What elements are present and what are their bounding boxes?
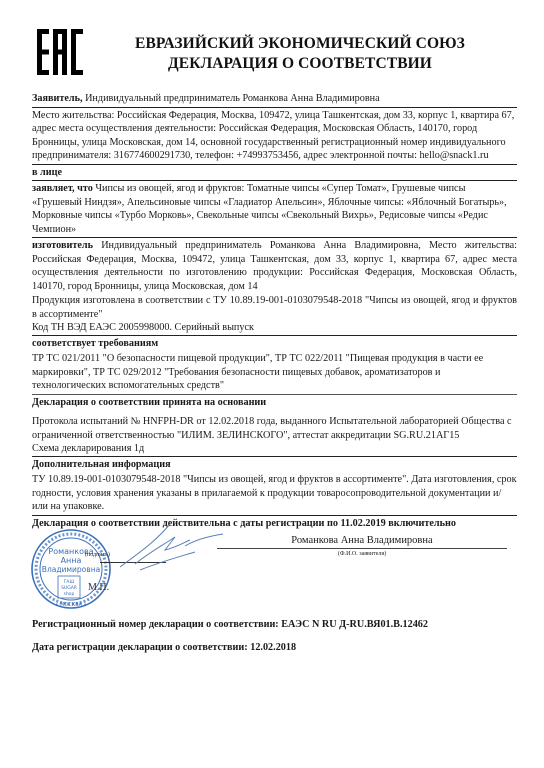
registration-number-row: Регистрационный номер декларации о соотв… xyxy=(32,619,428,630)
svg-text:• МОСКВА •: • МОСКВА • xyxy=(55,602,86,608)
applicant-label: Заявитель, xyxy=(32,93,83,104)
manufacturer-value: Индивидуальный предприниматель Романкова… xyxy=(32,240,517,292)
signature-area: Романкова Анна Владимировна ГАШ SUGAR sh… xyxy=(0,520,544,620)
eac-mark-icon xyxy=(37,29,83,75)
svg-text:ГАШ: ГАШ xyxy=(64,579,75,585)
svg-text:Владимировна: Владимировна xyxy=(42,565,100,574)
handwritten-signature-icon xyxy=(115,522,225,572)
document-header: ЕВРАЗИЙСКИЙ ЭКОНОМИЧЕСКИЙ СОЮЗ ДЕКЛАРАЦИ… xyxy=(130,34,470,74)
basis-value: Протокола испытаний № HNFPH-DR от 12.02.… xyxy=(32,410,517,442)
declares-value: Чипсы из овощей, ягод и фруктов: Томатны… xyxy=(32,183,507,235)
registration-number: ЕАЭС N RU Д-RU.ВЯ01.В.12462 xyxy=(281,619,428,630)
applicant-name-caption: (Ф.И.О. заявителя) xyxy=(217,549,507,557)
declaration-title: ДЕКЛАРАЦИЯ О СООТВЕТСТВИИ xyxy=(130,54,470,74)
signature-caption: (подпись) xyxy=(85,552,110,558)
additional-info-value: ТУ 10.89.19-001-0103079548-2018 "Чипсы и… xyxy=(32,472,517,516)
requirements-value: ТР ТС 021/2011 "О безопасности пищевой п… xyxy=(32,351,517,395)
applicant-name: Романкова Анна Владимировна xyxy=(217,535,507,549)
manufacturer-label: изготовитель xyxy=(32,240,93,251)
seal-place-label: М.П. xyxy=(88,582,109,593)
applicant-value: Индивидуальный предприниматель Романкова… xyxy=(83,93,380,104)
svg-text:SUGAR: SUGAR xyxy=(61,585,77,591)
svg-text:shop: shop xyxy=(64,591,75,597)
declaration-body: Заявитель, Индивидуальный предпринимател… xyxy=(32,91,517,531)
applicant-row: Заявитель, Индивидуальный предпринимател… xyxy=(32,91,517,108)
basis-label: Декларация о соответствии принята на осн… xyxy=(32,395,517,411)
requirements-label: соответствует требованиям xyxy=(32,336,517,352)
declares-row: заявляет, что Чипсы из овощей, ягод и фр… xyxy=(32,181,517,238)
product-code: Код ТН ВЭД ЕАЭС 2005998000. Серийный вып… xyxy=(32,321,517,336)
manufacturer-row: изготовитель Индивидуальный предпринимат… xyxy=(32,238,517,294)
registration-date: 12.02.2018 xyxy=(250,642,296,653)
round-seal-icon: Романкова Анна Владимировна ГАШ SUGAR sh… xyxy=(30,528,112,610)
registration-date-row: Дата регистрации декларации о соответств… xyxy=(32,642,296,653)
declaration-scheme: Схема декларирования 1д xyxy=(32,442,517,457)
in-person-label: в лице xyxy=(32,165,517,182)
declares-label: заявляет, что xyxy=(32,183,93,194)
svg-text:Анна: Анна xyxy=(61,556,82,565)
union-title: ЕВРАЗИЙСКИЙ ЭКОНОМИЧЕСКИЙ СОЮЗ xyxy=(130,34,470,54)
manufacturer-spec: Продукция изготовлена в соответствии с Т… xyxy=(32,294,517,321)
registration-number-label: Регистрационный номер декларации о соотв… xyxy=(32,619,279,630)
additional-info-label: Дополнительная информация xyxy=(32,457,517,473)
applicant-details: Место жительства: Российская Федерация, … xyxy=(32,108,517,165)
applicant-name-block: Романкова Анна Владимировна (Ф.И.О. заяв… xyxy=(217,535,507,557)
registration-date-label: Дата регистрации декларации о соответств… xyxy=(32,642,248,653)
